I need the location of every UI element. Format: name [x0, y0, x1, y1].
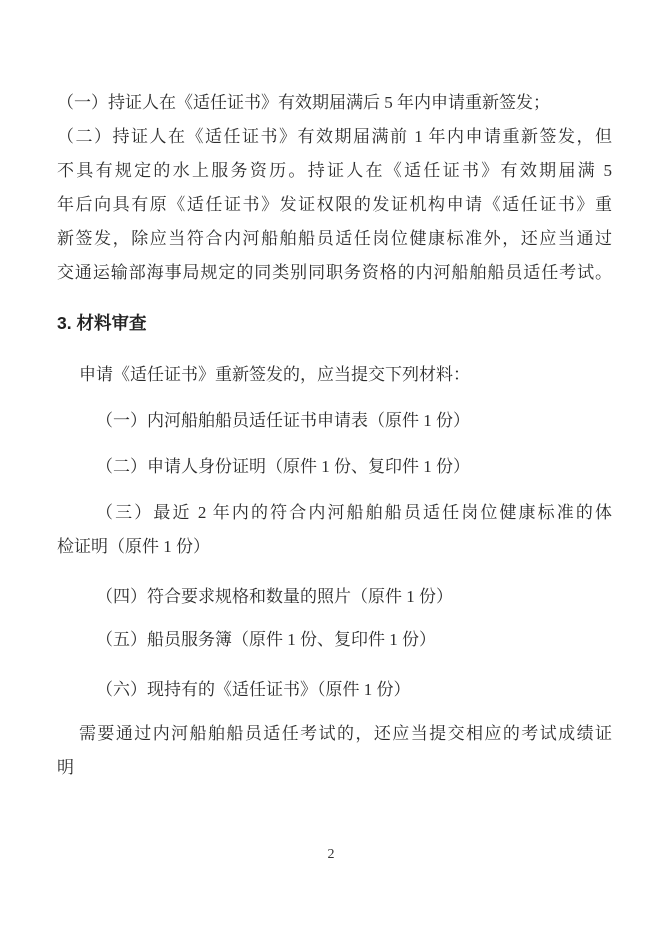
- material-item-2: （二）申请人身份证明（原件 1 份、复印件 1 份）: [0, 450, 662, 484]
- page-number: 2: [0, 845, 662, 865]
- material-item-3-line-2: 检证明（原件 1 份）: [0, 530, 662, 564]
- document-page: （一）持证人在《适任证书》有效期届满后 5 年内申请重新签发； （二）持证人在《…: [0, 0, 662, 936]
- closing-paragraph: 需要通过内河船舶船员适任考试的，还应当提交相应的考试成绩证 明: [0, 717, 662, 785]
- paragraph-item-2-line-1: （二）持证人在《适任证书》有效期届满前 1 年内申请重新签发，但: [0, 120, 662, 154]
- material-item-1: （一）内河船舶船员适任证书申请表（原件 1 份）: [0, 404, 662, 438]
- paragraph-item-1-line: （一）持证人在《适任证书》有效期届满后 5 年内申请重新签发；: [0, 86, 662, 120]
- material-item-3-line-1: （三）最近 2 年内的符合内河船舶船员适任岗位健康标准的体: [0, 496, 662, 530]
- closing-paragraph-line-2: 明: [0, 751, 662, 785]
- material-item-5: （五）船员服务簿（原件 1 份、复印件 1 份）: [0, 623, 662, 657]
- submit-materials-intro: 申请《适任证书》重新签发的，应当提交下列材料：: [0, 358, 662, 392]
- material-item-4: （四）符合要求规格和数量的照片（原件 1 份）: [0, 580, 662, 614]
- paragraph-item-2-line-4: 新签发，除应当符合内河船舶船员适任岗位健康标准外，还应当通过: [0, 222, 662, 256]
- paragraph-item-2-line-5: 交通运输部海事局规定的同类别同职务资格的内河船舶船员适任考试。: [0, 256, 662, 290]
- paragraph-item-2-line-2: 不具有规定的水上服务资历。持证人在《适任证书》有效期届满 5: [0, 154, 662, 188]
- document-body: （一）持证人在《适任证书》有效期届满后 5 年内申请重新签发； （二）持证人在《…: [0, 0, 662, 785]
- material-item-6: （六）现持有的《适任证书》（原件 1 份）: [0, 673, 662, 707]
- paragraph-item-2-line-3: 年后向具有原《适任证书》发证权限的发证机构申请《适任证书》重: [0, 188, 662, 222]
- material-item-3: （三）最近 2 年内的符合内河船舶船员适任岗位健康标准的体 检证明（原件 1 份…: [0, 496, 662, 564]
- closing-paragraph-line-1: 需要通过内河船舶船员适任考试的，还应当提交相应的考试成绩证: [0, 717, 662, 751]
- section-heading-material-review: 3. 材料审查: [0, 306, 662, 340]
